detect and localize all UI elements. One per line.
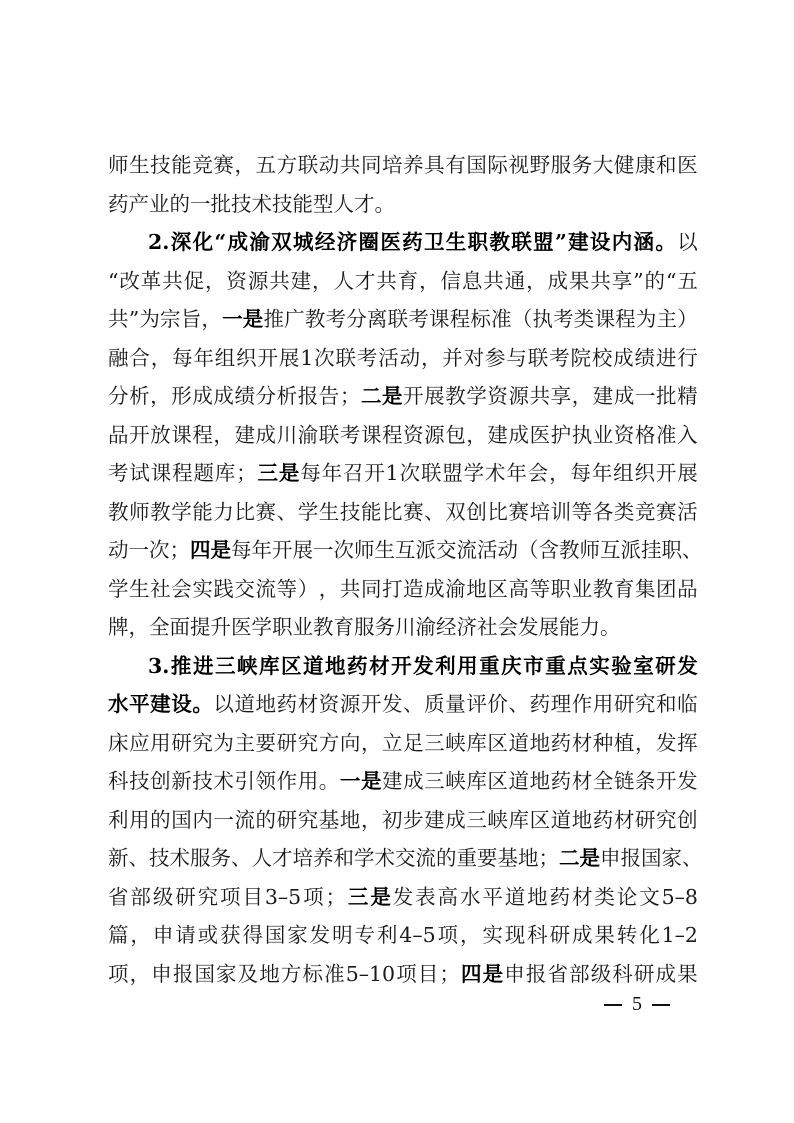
bold-text-char: 庆 <box>501 647 522 686</box>
text-char: ； <box>236 454 257 493</box>
text-char: 和 <box>656 685 677 724</box>
bold-text-char: 济 <box>337 223 358 262</box>
text-char: 流 <box>457 531 478 570</box>
text-char: ， <box>549 454 570 493</box>
text-char: 医 <box>530 416 551 455</box>
text-char: 互 <box>600 531 621 570</box>
text-char: 赛 <box>403 493 424 532</box>
text-char: 教 <box>313 608 334 647</box>
text-char: 理 <box>551 685 572 724</box>
text-char: 师 <box>580 531 601 570</box>
text-char: 旨 <box>181 300 202 339</box>
text-char: 开 <box>364 454 385 493</box>
bold-text-char: 药 <box>402 223 423 262</box>
text-char: 课 <box>361 416 382 455</box>
text-char: 课 <box>594 300 615 339</box>
text-char: 术 <box>170 839 191 878</box>
text-char: 际 <box>487 146 508 185</box>
text-char: 面 <box>170 608 191 647</box>
text-char: 峡 <box>445 762 466 801</box>
text-char: 程 <box>615 300 636 339</box>
text-char: 改 <box>119 262 140 301</box>
text-char: 展 <box>424 377 445 416</box>
bold-text-char: 四 <box>190 531 211 570</box>
text-char: 一 <box>313 531 334 570</box>
text-char: 1–2 <box>662 916 698 955</box>
text-char: 提 <box>190 608 211 647</box>
bold-text-char: 职 <box>468 223 489 262</box>
text-char: 发 <box>393 878 414 917</box>
text-char: 药 <box>550 878 571 917</box>
bold-text-char: 库 <box>259 647 280 686</box>
bold-text-char: 盟 <box>533 223 554 262</box>
text-char: 作 <box>277 762 298 801</box>
text-char: 创 <box>677 801 698 840</box>
bold-text-char: 城 <box>293 223 314 262</box>
text-char: 源 <box>340 685 361 724</box>
text-char: 部 <box>569 955 590 994</box>
text-char: 共 <box>108 300 129 339</box>
text-char: 资 <box>226 262 247 301</box>
text-char: 年 <box>193 339 214 378</box>
text-char: 组 <box>613 454 634 493</box>
text-char: 论 <box>617 878 638 917</box>
text-char: 牌 <box>108 608 129 647</box>
text-char: 生 <box>375 531 396 570</box>
page-number-dash-left <box>604 1004 622 1006</box>
text-char: 类 <box>614 493 635 532</box>
text-char: 目 <box>418 955 439 994</box>
bold-text-char: 用 <box>457 647 478 686</box>
text-char: 资 <box>487 377 508 416</box>
text-char: 联 <box>528 339 549 378</box>
text-char: 大 <box>593 146 614 185</box>
text-char: 级 <box>153 878 174 917</box>
text-char: 赛 <box>213 146 234 185</box>
text-char: 课 <box>151 454 172 493</box>
text-char: 方 <box>319 724 340 763</box>
text-char: 次 <box>334 531 355 570</box>
text-char: 推 <box>263 300 284 339</box>
text-char: ； <box>340 377 361 416</box>
text-char: 家 <box>662 839 683 878</box>
text-char: 渝 <box>416 608 437 647</box>
text-char: 为 <box>213 724 234 763</box>
text-char: 应 <box>129 724 150 763</box>
text-char: 医 <box>677 146 698 185</box>
text-char: 健 <box>614 146 635 185</box>
text-char: 包 <box>445 416 466 455</box>
text-char: 含 <box>539 531 560 570</box>
text-char: 材 <box>572 724 593 763</box>
text-char: 社 <box>477 608 498 647</box>
text-char: 足 <box>403 724 424 763</box>
text-line: 3.推进三峡库区道地药材开发利用重庆市重点实验室研发 <box>108 647 698 686</box>
text-char: 共 <box>340 570 361 609</box>
text-char: ， <box>205 262 226 301</box>
text-char: 技 <box>231 185 252 224</box>
text-char: 4–5 <box>399 916 435 955</box>
text-char: ， <box>361 801 382 840</box>
text-char: 项 <box>303 878 324 917</box>
bold-text-char: 是 <box>211 531 232 570</box>
text-char: 技 <box>192 762 213 801</box>
text-char: 经 <box>436 608 457 647</box>
text-char: 研 <box>635 801 656 840</box>
bold-text-char: 重 <box>479 647 500 686</box>
text-char: 织 <box>236 339 257 378</box>
text-char: 教 <box>445 377 466 416</box>
text-char: 立 <box>382 724 403 763</box>
text-char: 的 <box>150 801 171 840</box>
text-char: 研 <box>277 801 298 840</box>
text-char: 国 <box>466 146 487 185</box>
text-char: 技 <box>150 146 171 185</box>
text-char: 省 <box>547 955 568 994</box>
text-char: ， <box>130 916 151 955</box>
text-char: 双 <box>445 493 466 532</box>
text-char: 术 <box>213 762 234 801</box>
text-char: 践 <box>213 570 234 609</box>
text-char: 以 <box>677 223 698 262</box>
text-char: 源 <box>424 416 445 455</box>
bold-text-char: 经 <box>315 223 336 262</box>
text-char: 联 <box>388 300 409 339</box>
text-char: 打 <box>382 570 403 609</box>
bold-text-char: 卫 <box>424 223 445 262</box>
text-char: 人 <box>334 185 355 224</box>
bold-text-char: 建 <box>150 685 171 724</box>
text-char: 格 <box>635 416 656 455</box>
text-char: 现 <box>505 916 526 955</box>
text-char: 究 <box>198 878 219 917</box>
text-char: 能 <box>559 608 580 647</box>
text-char: 申 <box>151 955 172 994</box>
text-line: 动一次；四是每年开展一次师生互派交流活动（含教师互派挂职、 <box>108 531 698 570</box>
text-char: 区 <box>487 762 508 801</box>
text-char: 成 <box>572 916 593 955</box>
text-char: 成 <box>445 801 466 840</box>
text-char: 有 <box>445 146 466 185</box>
text-char: 赛 <box>256 493 277 532</box>
text-char: 课 <box>171 416 192 455</box>
text-char: 析 <box>277 377 298 416</box>
text-char: 研 <box>614 685 635 724</box>
text-char: ； <box>170 531 191 570</box>
text-char: 材 <box>572 878 593 917</box>
document-page: 师生技能竞赛，五方联动共同培养具有国际视野服务大健康和医药产业的一批技术技能型人… <box>0 0 794 1123</box>
text-char: ， <box>130 955 151 994</box>
text-char: 药 <box>530 685 551 724</box>
text-char: 用 <box>298 762 319 801</box>
text-char: 学 <box>466 377 487 416</box>
text-char: 参 <box>485 339 506 378</box>
bold-text-char: 是 <box>382 377 403 416</box>
text-char: 标 <box>302 955 323 994</box>
text-char: 融 <box>108 339 129 378</box>
text-char: 康 <box>635 146 656 185</box>
text-char: 离 <box>367 300 388 339</box>
text-char: 告 <box>319 377 340 416</box>
text-char: 开 <box>656 454 677 493</box>
text-char: 年 <box>506 454 527 493</box>
text-line: 品开放课程，建成川渝联考课程资源包，建成医护执业资格准入 <box>108 416 698 455</box>
text-char: 级 <box>591 955 612 994</box>
text-char: 团 <box>656 570 677 609</box>
text-char: 育 <box>614 570 635 609</box>
text-char: 师 <box>108 146 129 185</box>
page-footer: 5 <box>604 993 670 1016</box>
text-char: 实 <box>482 916 503 955</box>
text-char: 业 <box>149 185 170 224</box>
text-char: ， <box>361 724 382 763</box>
text-char: 产 <box>129 185 150 224</box>
text-char: 考 <box>549 339 570 378</box>
text-char: 重 <box>457 839 478 878</box>
text-char: 动 <box>108 531 129 570</box>
text-char: 成 <box>614 377 635 416</box>
bold-text-char: ” <box>555 223 567 262</box>
text-char: 学 <box>171 493 192 532</box>
text-char: 报 <box>526 955 547 994</box>
text-char: 年 <box>592 454 613 493</box>
text-char: ； <box>439 955 460 994</box>
text-char: 平 <box>482 878 503 917</box>
bold-text-char: 3. <box>148 647 169 686</box>
text-char: 考 <box>408 300 429 339</box>
text-char: 地 <box>572 801 593 840</box>
text-char: 材 <box>614 801 635 840</box>
bold-text-char: 二 <box>361 377 382 416</box>
bold-text-char: 平 <box>129 685 150 724</box>
text-char: 并 <box>442 339 463 378</box>
bold-text-char: 二 <box>559 839 580 878</box>
text-char: 究 <box>298 801 319 840</box>
text-char: 执 <box>532 300 553 339</box>
text-char: 等 <box>572 493 593 532</box>
text-line: 师生技能竞赛，五方联动共同培养具有国际视野服务大健康和医 <box>108 146 698 185</box>
text-char: 能 <box>192 493 213 532</box>
text-char: 成 <box>548 262 569 301</box>
text-char: 质 <box>424 685 445 724</box>
bold-text-char: 发 <box>677 647 698 686</box>
text-char: 职 <box>662 531 683 570</box>
bold-text-char: 开 <box>391 647 412 686</box>
text-char: 对 <box>464 339 485 378</box>
text-char: 类 <box>574 300 595 339</box>
text-char: 革 <box>141 262 162 301</box>
bold-text-char: 发 <box>413 647 434 686</box>
text-line: 床应用研究为主要研究方向，立足三峡库区道地药材种植，发挥 <box>108 724 698 763</box>
text-char: 的 <box>170 185 191 224</box>
text-char: 考 <box>340 416 361 455</box>
text-char: 每 <box>570 454 591 493</box>
text-char: 成 <box>213 377 234 416</box>
text-char: 准 <box>324 955 345 994</box>
text-char: 利 <box>108 801 129 840</box>
text-char: 目 <box>242 878 263 917</box>
text-char: ， <box>460 916 481 955</box>
bold-text-char: 进 <box>193 647 214 686</box>
text-char: 技 <box>129 762 150 801</box>
text-char: 业 <box>593 416 614 455</box>
bold-text-char: 点 <box>567 647 588 686</box>
bold-text-char: 是 <box>580 839 601 878</box>
text-char: 发 <box>310 916 331 955</box>
text-char: 药 <box>593 801 614 840</box>
text-char: 力 <box>580 608 601 647</box>
text-char: 家 <box>216 955 237 994</box>
text-char: 务 <box>375 608 396 647</box>
text-char: 项 <box>220 878 241 917</box>
text-char: 试 <box>129 454 150 493</box>
bold-text-char: 2. <box>148 223 169 262</box>
text-char: 申 <box>600 839 621 878</box>
text-char: 资 <box>614 416 635 455</box>
text-char: 展 <box>293 531 314 570</box>
text-char: 内 <box>192 801 213 840</box>
text-char: 析 <box>129 377 150 416</box>
text-char: 开 <box>272 531 293 570</box>
text-char: 成 <box>656 955 677 994</box>
text-char: 技 <box>272 185 293 224</box>
text-char: 条 <box>635 762 656 801</box>
text-char: 等 <box>530 570 551 609</box>
text-char: 职 <box>272 608 293 647</box>
text-char: 全 <box>149 608 170 647</box>
text-line: 水平建设。以道地药材资源开发、质量评价、药理作用研究和临 <box>108 685 698 724</box>
text-char: 活 <box>477 531 498 570</box>
text-char: 。 <box>600 608 621 647</box>
text-char: 文 <box>639 878 660 917</box>
bold-text-char: 重 <box>545 647 566 686</box>
text-char: 果 <box>569 262 590 301</box>
text-char: 地 <box>518 839 539 878</box>
text-char: 川 <box>277 416 298 455</box>
text-char: 考 <box>326 300 347 339</box>
text-char: 年 <box>252 531 273 570</box>
text-char: 资 <box>403 416 424 455</box>
text-char: ， <box>201 300 222 339</box>
text-char: 生 <box>319 493 340 532</box>
text-char: 教 <box>559 531 580 570</box>
text-char: 用 <box>593 685 614 724</box>
text-char: ， <box>234 146 255 185</box>
text-char: 库 <box>466 724 487 763</box>
bold-text-char: 一 <box>340 762 361 801</box>
bold-text-char: 圈 <box>358 223 379 262</box>
text-char: 的 <box>645 262 666 301</box>
text-char: 次 <box>149 531 170 570</box>
text-char: 培 <box>293 839 314 878</box>
bold-text-char: 是 <box>243 300 264 339</box>
text-char: 全 <box>593 762 614 801</box>
text-char: 促 <box>184 262 205 301</box>
text-char: 国 <box>641 839 662 878</box>
text-char: 绩 <box>635 339 656 378</box>
text-char: 一 <box>213 801 234 840</box>
text-char: 活 <box>677 493 698 532</box>
text-char: 主 <box>234 724 255 763</box>
text-char: 、 <box>129 839 150 878</box>
bold-text-char: 是 <box>279 454 300 493</box>
text-char: 教 <box>593 570 614 609</box>
bold-text-char: 是 <box>361 762 382 801</box>
text-char: 领 <box>256 762 277 801</box>
text-char: 得 <box>242 916 263 955</box>
bold-text-char: 市 <box>523 647 544 686</box>
text-char: 程 <box>192 416 213 455</box>
text-char: 比 <box>234 493 255 532</box>
text-char: 峡 <box>487 801 508 840</box>
text-char: 升 <box>211 608 232 647</box>
bold-text-char: 医 <box>380 223 401 262</box>
text-line: 科技创新技术引领作用。一是建成三峡库区道地药材全链条开发 <box>108 762 698 801</box>
text-char: 成 <box>613 339 634 378</box>
text-char: 建 <box>487 416 508 455</box>
text-char: 准 <box>656 416 677 455</box>
text-char: 地 <box>530 762 551 801</box>
text-char: 发 <box>677 762 698 801</box>
bold-text-char: 。 <box>192 685 213 724</box>
text-char: 每 <box>231 531 252 570</box>
text-char: 道 <box>551 801 572 840</box>
bold-text-char: 道 <box>303 647 324 686</box>
text-char: 及 <box>238 955 259 994</box>
text-line: 药产业的一批技术技能型人才。 <box>108 185 698 224</box>
text-char: 每 <box>300 454 321 493</box>
text-char: 分 <box>346 300 367 339</box>
text-char: 家 <box>287 916 308 955</box>
text-char: 链 <box>614 762 635 801</box>
text-char: 5–8 <box>662 878 698 917</box>
text-char: 申 <box>153 916 174 955</box>
text-char: 进 <box>656 339 677 378</box>
text-char: 新 <box>108 839 129 878</box>
text-char: 职 <box>551 570 572 609</box>
text-char: 生 <box>129 146 150 185</box>
text-char: 项 <box>438 916 459 955</box>
text-char: 业 <box>572 570 593 609</box>
text-char: ， <box>129 608 150 647</box>
text-char: 人 <box>252 839 273 878</box>
page-number: 5 <box>632 993 642 1016</box>
text-char: 学 <box>298 493 319 532</box>
bold-text-char: 建 <box>568 223 589 262</box>
text-char: 床 <box>108 724 129 763</box>
text-line: 融合，每年组织开展 1 次联考活动，并对参与联考院校成绩进行 <box>108 339 698 378</box>
text-char: 开 <box>361 685 382 724</box>
text-char: 题 <box>193 454 214 493</box>
text-char: 组 <box>215 339 236 378</box>
text-char: 省 <box>108 878 129 917</box>
text-char: 放 <box>150 416 171 455</box>
text-char: 术 <box>252 185 273 224</box>
text-char: 药 <box>551 762 572 801</box>
text-char: 教 <box>108 493 129 532</box>
text-char: 研 <box>634 955 655 994</box>
text-char: 地 <box>340 801 361 840</box>
text-char: 区 <box>487 570 508 609</box>
text-char: 程 <box>450 300 471 339</box>
text-char: 建 <box>593 377 614 416</box>
text-char: 才 <box>354 185 375 224</box>
text-char: 道 <box>508 724 529 763</box>
text-char: 比 <box>382 493 403 532</box>
text-char: 等 <box>277 570 298 609</box>
text-char: 联 <box>298 146 319 185</box>
text-char: 会 <box>171 570 192 609</box>
